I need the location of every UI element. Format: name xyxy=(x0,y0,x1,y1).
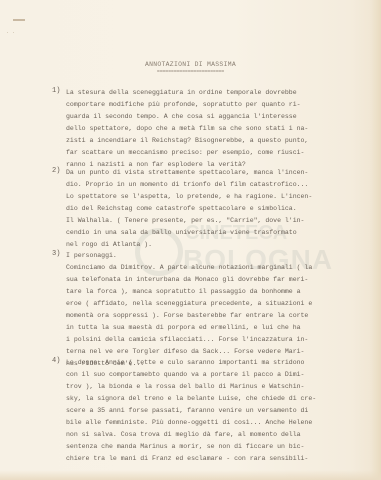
item-line: trov ), la bionda e la rossa del ballo d… xyxy=(52,381,352,393)
title-underline: ======================== xyxy=(0,69,381,75)
item-line: cendio in una sala da ballo universitari… xyxy=(52,227,352,239)
item-line: scere a 35 anni forse passati, faranno v… xyxy=(52,405,352,417)
typewritten-page: ·· CINETECA BOLOGNA ANNOTAZIONI DI MASSI… xyxy=(0,0,381,480)
item-line: chiere tra le mani di Franz ed esclamare… xyxy=(52,453,352,465)
item-line: Da un punto di vista strettamente spetta… xyxy=(52,167,352,179)
item-line: comportare modifiche più profonde, sopra… xyxy=(52,99,352,111)
item-line: dio. Proprio in un momento di trionfo de… xyxy=(52,179,352,191)
item-line: in tutta la sua maestà di porpora ed erm… xyxy=(52,322,352,334)
item-number: 2) xyxy=(52,167,60,175)
paper-edge-bottom xyxy=(0,470,381,480)
item-number: 1) xyxy=(52,87,60,95)
item-line: dio del Reichstag come catastrofe spetta… xyxy=(52,203,352,215)
annotation-item-2: 2) Da un punto di vista strettamente spe… xyxy=(52,167,352,251)
item-line: sentenza che manda Marinus a morir, se n… xyxy=(52,441,352,453)
annotation-item-1: 1) La stesura della sceneggiatura in ord… xyxy=(52,87,352,171)
annotation-item-4: 4) Le donne. Annie ( tette e culo sarann… xyxy=(52,357,352,465)
item-line: zisti a incendiare il Reichstag? Bisogne… xyxy=(52,135,352,147)
item-line: Il Walhalla. ( Tenere presente, per es.,… xyxy=(52,215,352,227)
item-number: 3) xyxy=(52,250,60,258)
page-title: ANNOTAZIONI DI MASSIMA xyxy=(0,61,381,68)
punch-dots: ·· xyxy=(6,30,18,36)
item-line: Cominciamo da Dimitrov. A parte alcune n… xyxy=(52,262,352,274)
item-line: I personaggi. xyxy=(52,250,352,262)
item-line: bile alle femministe. Più donne-oggetti … xyxy=(52,417,352,429)
item-line: eroe ( affidato, nella sceneggiatura pre… xyxy=(52,298,352,310)
item-line: La stesura della sceneggiatura in ordine… xyxy=(52,87,352,99)
item-line: Le donne. Annie ( tette e culo saranno i… xyxy=(52,357,352,369)
item-number: 4) xyxy=(52,357,60,365)
item-line: tare la forca ), manca sopratutto il pas… xyxy=(52,286,352,298)
item-line: guarda il secondo tempo. A che cosa si a… xyxy=(52,111,352,123)
item-line: i polsini della camicia sfilacciati... F… xyxy=(52,334,352,346)
item-line: sky, la signora del treno e la belante L… xyxy=(52,393,352,405)
item-line: far scattare un meccanismo preciso: per … xyxy=(52,147,352,159)
item-line: non si salva. Cosa trova di meglio dà fa… xyxy=(52,429,352,441)
item-line: Lo spettatore se l'aspetta, lo pretende,… xyxy=(52,191,352,203)
item-line: momentà ora soppressi ). Forse basterebb… xyxy=(52,310,352,322)
item-line: sua telefonata in interurbana da Monaco … xyxy=(52,274,352,286)
annotation-item-3: 3) I personaggi. Cominciamo da Dimitrov.… xyxy=(52,250,352,370)
item-line: dello spettatore, dopo che a metà film s… xyxy=(52,123,352,135)
pencil-mark xyxy=(13,19,25,21)
item-line: con il suo comportamebto quando va a por… xyxy=(52,369,352,381)
